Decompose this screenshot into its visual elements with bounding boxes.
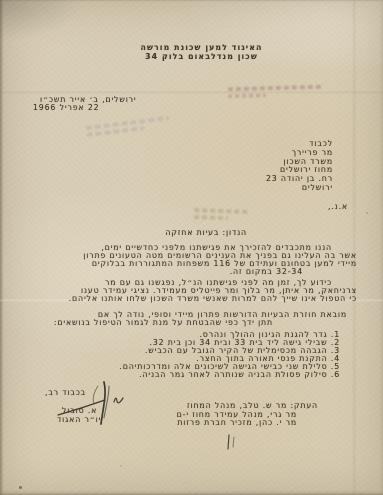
para1-line4: 32-34 במקום זה. xyxy=(28,268,357,276)
copies-list: העתק: מר ש. טלב, מנהל המחוז מר גרי, מנהל… xyxy=(177,402,318,428)
date-civil: 22 אפריל 1966 xyxy=(33,104,99,112)
para3-line2: תתן ידך כפי שהבטחת על מנת לגמור הטיפול ב… xyxy=(28,319,357,327)
pen-mark-icon xyxy=(225,434,239,452)
para1-line3: מיידי למען בטחונם ועתידם של 116 משפחות ה… xyxy=(28,260,357,268)
letterhead: האיגוד למען שכונת מורשה שכון מנדלבאום בל… xyxy=(20,44,383,61)
para2-line3: כי הטפול אינו שייך להם למרות שאנשי משרד … xyxy=(28,295,357,303)
signature-name: א. סובול xyxy=(62,407,97,415)
org-address: שכון מנדלבאום בלוק 34 xyxy=(20,53,383,62)
faded-smudge-icon xyxy=(85,116,170,140)
recipient-address: לכבוד מר פריירך משרד השכון מחוז ירושלים … xyxy=(266,140,333,193)
scanned-letter-page: האיגוד למען שכונת מורשה שכון מנדלבאום בל… xyxy=(0,0,383,495)
issues-list: 1. גדר להגנת הגינון ההולך ונהרס. 2. שביל… xyxy=(28,331,340,379)
paper-speck xyxy=(366,212,368,214)
faded-stamp-icon xyxy=(228,85,322,101)
paragraph-2: כידוע לך, זמן מה לפני פגישתנו הנ״ל, נפגש… xyxy=(28,279,357,303)
paragraph-3: מובאת חוזרת הבעיות הדורשות פתרון מיידי ו… xyxy=(28,311,357,327)
paper-speck xyxy=(120,465,122,467)
paper-speck xyxy=(19,486,22,489)
faded-green-stamp-icon xyxy=(194,208,250,224)
recipient-city: ירושלים xyxy=(266,184,333,193)
greeting: א.נ., xyxy=(328,203,348,211)
paragraph-1: הננו מתכבדים להזכירך את פגישתנו מלפני כח… xyxy=(28,244,357,276)
copy-line-3: מר י. כהן, מזכיר חברת פרזות xyxy=(177,419,297,428)
signature-title: יו״ר האגוד xyxy=(57,416,101,424)
subject-line: הנדון: בעיות אחזקה xyxy=(165,229,247,237)
